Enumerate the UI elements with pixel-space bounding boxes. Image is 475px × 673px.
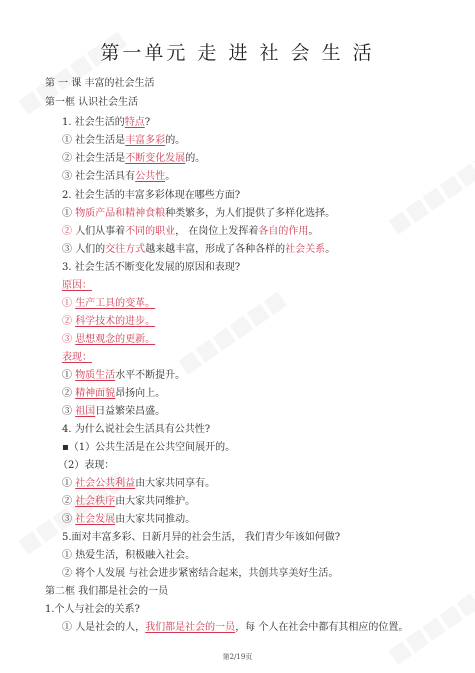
list-item: ③ 社会生活具有公共性。 bbox=[62, 170, 175, 184]
question-2: 2. 社会生活的丰富多彩体现在哪些方面? bbox=[62, 189, 240, 203]
page-number: 第2/19页 bbox=[0, 652, 475, 662]
list-item: ③ 祖国日益繁荣昌盛。 bbox=[62, 405, 165, 419]
question-3: 3. 社会生活不断变化发展的原因和表现? bbox=[62, 261, 240, 275]
list-item: ② 人们从事着不同的职业， 在岗位上发挥着各自的作用。 bbox=[62, 225, 318, 239]
list-item: ① 社会生活是丰富多彩的。 bbox=[62, 134, 185, 148]
question-1: 1.个人与社会的关系? bbox=[45, 603, 140, 617]
list-item: ① 人是社会的人，我们都是社会的一员，每 个人在社会中都有其相应的位置。 bbox=[62, 621, 408, 635]
list-item: ① 物质生活水平不断提升。 bbox=[62, 369, 185, 383]
list-item: ① 生产工具的变革。 bbox=[62, 297, 155, 311]
list-item: ① 物质产品和精神食粮种类繁多，为人们提供了多样化选择。 bbox=[62, 207, 335, 221]
document-title: 第一单元 走 进 社 会 生 活 bbox=[0, 38, 475, 65]
watermark: ■■■■■■ bbox=[384, 146, 475, 238]
point-2: （2）表现： bbox=[58, 459, 114, 473]
frame-heading: 第二框 我们都是社会的一员 bbox=[45, 585, 168, 599]
question-1: 1. 社会生活的特点? bbox=[62, 116, 150, 130]
manifestations-label: 表现： bbox=[62, 351, 92, 365]
list-item: ② 社会生活是不断变化发展的。 bbox=[62, 152, 205, 166]
question-4: 4. 为什么说社会生活具有公共性? bbox=[62, 423, 210, 437]
watermark: ■■■■■■ bbox=[174, 286, 291, 378]
list-item: ③ 人们的交往方式越来越丰富，形成了各种各样的社会关系。 bbox=[62, 243, 335, 257]
list-item: ② 精神面貌昂扬向上。 bbox=[62, 387, 165, 401]
list-item: ① 社会公共利益由大家共同享有。 bbox=[62, 477, 215, 491]
list-item: ① 热爱生活，积极融入社会。 bbox=[62, 549, 195, 563]
list-item: ② 将个人发展 与社会进步紧密结合起来，共创共享美好生活。 bbox=[62, 567, 338, 581]
point-1: ▪（1）公共生活是在公共空间展开的。 bbox=[62, 441, 235, 455]
lesson-heading: 第 一 课 丰富的社会生活 bbox=[45, 77, 155, 91]
frame-heading: 第一框 认识社会生活 bbox=[45, 96, 138, 110]
list-item: ③ 社会发展由大家共同推动。 bbox=[62, 513, 195, 527]
list-item: ③ 思想观念的更新。 bbox=[62, 333, 155, 347]
reasons-label: 原因： bbox=[62, 279, 92, 293]
list-item: ② 社会秩序由大家共同维护。 bbox=[62, 495, 195, 509]
question-5: 5.面对丰富多彩、日新月异的社会生活， 我们青少年该如何做? bbox=[62, 531, 340, 545]
list-item: ② 科学技术的进步。 bbox=[62, 315, 155, 329]
